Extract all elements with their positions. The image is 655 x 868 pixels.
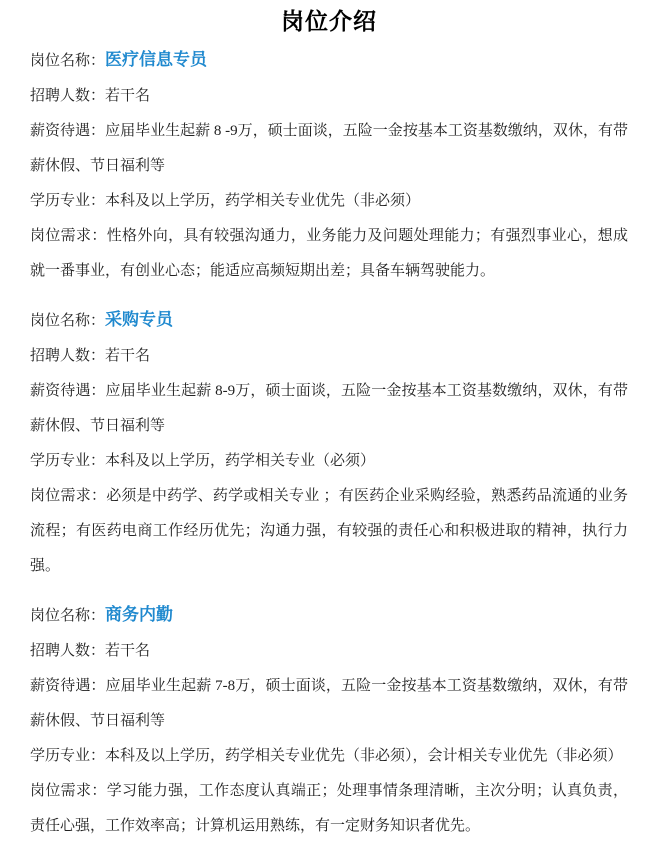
job-name: 商务内勤 xyxy=(105,605,173,624)
job-headcount-row: 招聘人数：若干名 xyxy=(30,79,628,114)
job-requirements-row: 岗位需求：必须是中药学、药学或相关专业 ；有医药企业采购经验，熟悉药品流通的业务… xyxy=(30,479,628,584)
field-label-position-name: 岗位名称： xyxy=(30,608,105,624)
field-label-requirements: 岗位需求： xyxy=(30,228,107,244)
job-education-row: 学历专业：本科及以上学历，药学相关专业优先（非必须） xyxy=(30,184,628,219)
job-education-value: 本科及以上学历，药学相关专业优先（非必须），会计相关专业优先（非必须） xyxy=(105,748,623,764)
job-requirements-value: 学习能力强，工作态度认真端正；处理事情条理清晰，主次分明；认真负责，责任心强，工… xyxy=(30,783,628,834)
field-label-salary: 薪资待遇： xyxy=(30,383,106,399)
job-headcount-row: 招聘人数：若干名 xyxy=(30,339,628,374)
job-requirements-row: 岗位需求：学习能力强，工作态度认真端正；处理事情条理清晰，主次分明；认真负责，责… xyxy=(30,774,628,844)
job-section-procurement-specialist: 岗位名称：采购专员 招聘人数：若干名 薪资待遇：应届毕业生起薪 8-9万，硕士面… xyxy=(30,302,628,584)
job-headcount-value: 若干名 xyxy=(105,348,150,364)
page-title: 岗位介绍 xyxy=(30,6,628,36)
job-requirements-row: 岗位需求：性格外向，具有较强沟通力，业务能力及问题处理能力；有强烈事业心，想成就… xyxy=(30,219,628,289)
field-label-education: 学历专业： xyxy=(30,193,105,209)
job-section-medical-information-specialist: 岗位名称：医疗信息专员 招聘人数：若干名 薪资待遇：应届毕业生起薪 8 -9万，… xyxy=(30,42,628,289)
field-label-position-name: 岗位名称： xyxy=(30,313,105,329)
field-label-requirements: 岗位需求： xyxy=(30,488,106,504)
job-salary-row: 薪资待遇：应届毕业生起薪 7-8万，硕士面谈，五险一金按基本工资基数缴纳，双休，… xyxy=(30,669,628,739)
field-label-headcount: 招聘人数： xyxy=(30,643,105,659)
field-label-requirements: 岗位需求： xyxy=(30,783,107,799)
job-salary-row: 薪资待遇：应届毕业生起薪 8-9万，硕士面谈，五险一金按基本工资基数缴纳，双休，… xyxy=(30,374,628,444)
field-label-headcount: 招聘人数： xyxy=(30,88,105,104)
job-name-row: 岗位名称：商务内勤 xyxy=(30,597,628,634)
document-page: 岗位介绍 岗位名称：医疗信息专员 招聘人数：若干名 薪资待遇：应届毕业生起薪 8… xyxy=(0,0,655,868)
job-requirements-value: 性格外向，具有较强沟通力，业务能力及问题处理能力；有强烈事业心，想成就一番事业，… xyxy=(30,228,628,279)
job-name-row: 岗位名称：医疗信息专员 xyxy=(30,42,628,79)
field-label-salary: 薪资待遇： xyxy=(30,123,105,139)
job-education-value: 本科及以上学历，药学相关专业优先（非必须） xyxy=(105,193,420,209)
job-name: 采购专员 xyxy=(105,310,173,329)
field-label-education: 学历专业： xyxy=(30,453,105,469)
job-headcount-value: 若干名 xyxy=(105,643,150,659)
job-headcount-row: 招聘人数：若干名 xyxy=(30,634,628,669)
job-salary-value: 应届毕业生起薪 7-8万，硕士面谈，五险一金按基本工资基数缴纳，双休，有带薪休假… xyxy=(30,678,628,729)
job-section-business-office-clerk: 岗位名称：商务内勤 招聘人数：若干名 薪资待遇：应届毕业生起薪 7-8万，硕士面… xyxy=(30,597,628,844)
field-label-education: 学历专业： xyxy=(30,748,105,764)
field-label-headcount: 招聘人数： xyxy=(30,348,105,364)
field-label-position-name: 岗位名称： xyxy=(30,53,105,69)
job-name: 医疗信息专员 xyxy=(105,50,207,69)
job-salary-row: 薪资待遇：应届毕业生起薪 8 -9万，硕士面谈，五险一金按基本工资基数缴纳，双休… xyxy=(30,114,628,184)
job-headcount-value: 若干名 xyxy=(105,88,150,104)
job-education-row: 学历专业：本科及以上学历，药学相关专业优先（非必须），会计相关专业优先（非必须） xyxy=(30,739,628,774)
job-name-row: 岗位名称：采购专员 xyxy=(30,302,628,339)
job-salary-value: 应届毕业生起薪 8 -9万，硕士面谈，五险一金按基本工资基数缴纳，双休，有带薪休… xyxy=(30,123,628,174)
job-salary-value: 应届毕业生起薪 8-9万，硕士面谈，五险一金按基本工资基数缴纳，双休，有带薪休假… xyxy=(30,383,628,434)
job-education-value: 本科及以上学历，药学相关专业（必须） xyxy=(105,453,375,469)
job-requirements-value: 必须是中药学、药学或相关专业 ；有医药企业采购经验，熟悉药品流通的业务流程；有医… xyxy=(30,488,628,574)
job-education-row: 学历专业：本科及以上学历，药学相关专业（必须） xyxy=(30,444,628,479)
field-label-salary: 薪资待遇： xyxy=(30,678,106,694)
